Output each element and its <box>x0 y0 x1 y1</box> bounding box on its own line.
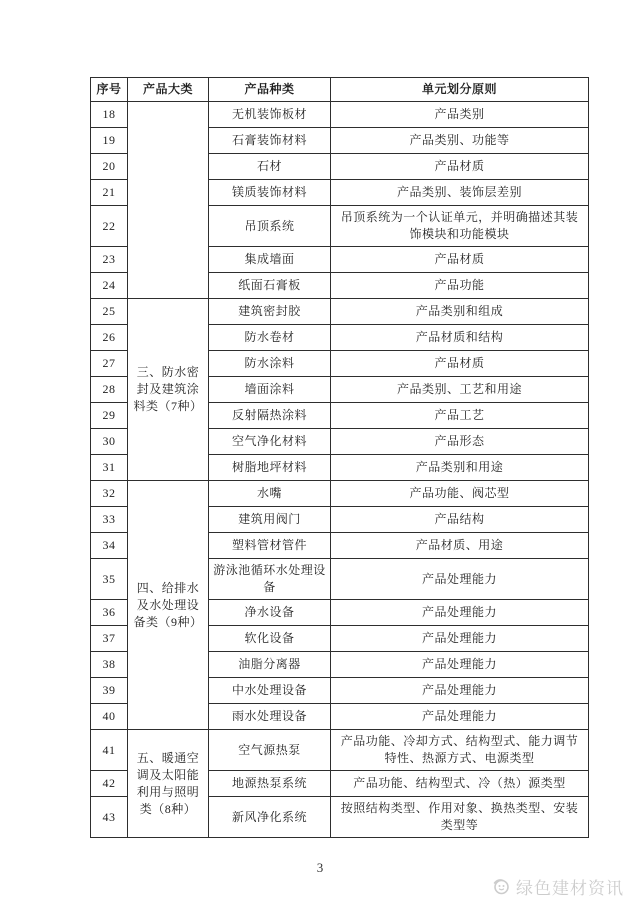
row-number-cell: 43 <box>91 797 128 838</box>
row-number-cell: 19 <box>91 128 128 154</box>
product-type-cell: 中水处理设备 <box>209 678 331 704</box>
principle-cell: 产品类别、装饰层差别 <box>331 180 589 206</box>
column-header-category: 产品大类 <box>128 78 209 102</box>
principle-cell: 产品类别和组成 <box>331 299 589 325</box>
row-number-cell: 27 <box>91 351 128 377</box>
row-number-cell: 37 <box>91 626 128 652</box>
row-number-cell: 24 <box>91 273 128 299</box>
product-type-cell: 净水设备 <box>209 600 331 626</box>
principle-cell: 产品类别和用途 <box>331 455 589 481</box>
principle-cell: 产品类别、工艺和用途 <box>331 377 589 403</box>
table-row: 25三、防水密封及建筑涂料类（7种）建筑密封胶产品类别和组成 <box>91 299 589 325</box>
principle-cell: 产品功能、冷却方式、结构型式、能力调节特性、热源方式、电源类型 <box>331 730 589 771</box>
principle-cell: 产品处理能力 <box>331 626 589 652</box>
row-number-cell: 35 <box>91 559 128 600</box>
row-number-cell: 38 <box>91 652 128 678</box>
row-number-cell: 23 <box>91 247 128 273</box>
row-number-cell: 29 <box>91 403 128 429</box>
principle-cell: 产品处理能力 <box>331 652 589 678</box>
product-type-cell: 反射隔热涂料 <box>209 403 331 429</box>
product-unit-table: 序号 产品大类 产品种类 单元划分原则 18无机装饰板材产品类别19石膏装饰材料… <box>90 77 589 838</box>
product-type-cell: 墙面涂料 <box>209 377 331 403</box>
product-type-cell: 石膏装饰材料 <box>209 128 331 154</box>
principle-cell: 产品处理能力 <box>331 559 589 600</box>
row-number-cell: 32 <box>91 481 128 507</box>
row-number-cell: 39 <box>91 678 128 704</box>
column-header-principle: 单元划分原则 <box>331 78 589 102</box>
principle-cell: 产品材质、用途 <box>331 533 589 559</box>
document-page: 序号 产品大类 产品种类 单元划分原则 18无机装饰板材产品类别19石膏装饰材料… <box>0 0 640 905</box>
row-number-cell: 20 <box>91 154 128 180</box>
category-cell: 五、暖通空调及太阳能利用与照明类（8种） <box>128 730 209 838</box>
row-number-cell: 34 <box>91 533 128 559</box>
principle-cell: 产品工艺 <box>331 403 589 429</box>
row-number-cell: 28 <box>91 377 128 403</box>
product-type-cell: 新风净化系统 <box>209 797 331 838</box>
principle-cell: 产品材质 <box>331 247 589 273</box>
table-row: 18无机装饰板材产品类别 <box>91 102 589 128</box>
product-type-cell: 建筑用阀门 <box>209 507 331 533</box>
product-type-cell: 地源热泵系统 <box>209 771 331 797</box>
row-number-cell: 31 <box>91 455 128 481</box>
product-type-cell: 塑料管材管件 <box>209 533 331 559</box>
table-header-row: 序号 产品大类 产品种类 单元划分原则 <box>91 78 589 102</box>
table-row: 32四、给排水及水处理设备类（9种）水嘴产品功能、阀芯型 <box>91 481 589 507</box>
row-number-cell: 18 <box>91 102 128 128</box>
product-type-cell: 水嘴 <box>209 481 331 507</box>
product-type-cell: 吊顶系统 <box>209 206 331 247</box>
table-row: 41五、暖通空调及太阳能利用与照明类（8种）空气源热泵产品功能、冷却方式、结构型… <box>91 730 589 771</box>
product-type-cell: 空气源热泵 <box>209 730 331 771</box>
watermark: 绿色建材资讯 <box>492 874 624 899</box>
row-number-cell: 41 <box>91 730 128 771</box>
principle-cell: 产品处理能力 <box>331 678 589 704</box>
product-type-cell: 石材 <box>209 154 331 180</box>
product-type-cell: 防水涂料 <box>209 351 331 377</box>
row-number-cell: 26 <box>91 325 128 351</box>
watermark-text: 绿色建材资讯 <box>516 874 624 899</box>
category-cell <box>128 102 209 299</box>
product-type-cell: 油脂分离器 <box>209 652 331 678</box>
product-type-cell: 无机装饰板材 <box>209 102 331 128</box>
principle-cell: 产品功能 <box>331 273 589 299</box>
row-number-cell: 42 <box>91 771 128 797</box>
principle-cell: 产品处理能力 <box>331 600 589 626</box>
product-type-cell: 集成墙面 <box>209 247 331 273</box>
column-header-no: 序号 <box>91 78 128 102</box>
watermark-logo-icon <box>492 877 511 896</box>
principle-cell: 产品材质 <box>331 154 589 180</box>
category-cell: 三、防水密封及建筑涂料类（7种） <box>128 299 209 481</box>
principle-cell: 产品材质 <box>331 351 589 377</box>
category-cell: 四、给排水及水处理设备类（9种） <box>128 481 209 730</box>
row-number-cell: 21 <box>91 180 128 206</box>
principle-cell: 产品类别、功能等 <box>331 128 589 154</box>
product-type-cell: 防水卷材 <box>209 325 331 351</box>
principle-cell: 产品材质和结构 <box>331 325 589 351</box>
row-number-cell: 33 <box>91 507 128 533</box>
row-number-cell: 22 <box>91 206 128 247</box>
row-number-cell: 40 <box>91 704 128 730</box>
row-number-cell: 30 <box>91 429 128 455</box>
table-header: 序号 产品大类 产品种类 单元划分原则 <box>91 78 589 102</box>
principle-cell: 产品功能、结构型式、冷（热）源类型 <box>331 771 589 797</box>
principle-cell: 吊顶系统为一个认证单元，并明确描述其装饰模块和功能模块 <box>331 206 589 247</box>
product-type-cell: 纸面石膏板 <box>209 273 331 299</box>
product-type-cell: 树脂地坪材料 <box>209 455 331 481</box>
principle-cell: 按照结构类型、作用对象、换热类型、安装类型等 <box>331 797 589 838</box>
column-header-type: 产品种类 <box>209 78 331 102</box>
principle-cell: 产品结构 <box>331 507 589 533</box>
product-type-cell: 雨水处理设备 <box>209 704 331 730</box>
product-type-cell: 软化设备 <box>209 626 331 652</box>
product-type-cell: 空气净化材料 <box>209 429 331 455</box>
principle-cell: 产品处理能力 <box>331 704 589 730</box>
principle-cell: 产品功能、阀芯型 <box>331 481 589 507</box>
row-number-cell: 36 <box>91 600 128 626</box>
product-type-cell: 镁质装饰材料 <box>209 180 331 206</box>
table-body: 18无机装饰板材产品类别19石膏装饰材料产品类别、功能等20石材产品材质21镁质… <box>91 102 589 838</box>
principle-cell: 产品类别 <box>331 102 589 128</box>
product-type-cell: 游泳池循环水处理设备 <box>209 559 331 600</box>
product-type-cell: 建筑密封胶 <box>209 299 331 325</box>
row-number-cell: 25 <box>91 299 128 325</box>
principle-cell: 产品形态 <box>331 429 589 455</box>
